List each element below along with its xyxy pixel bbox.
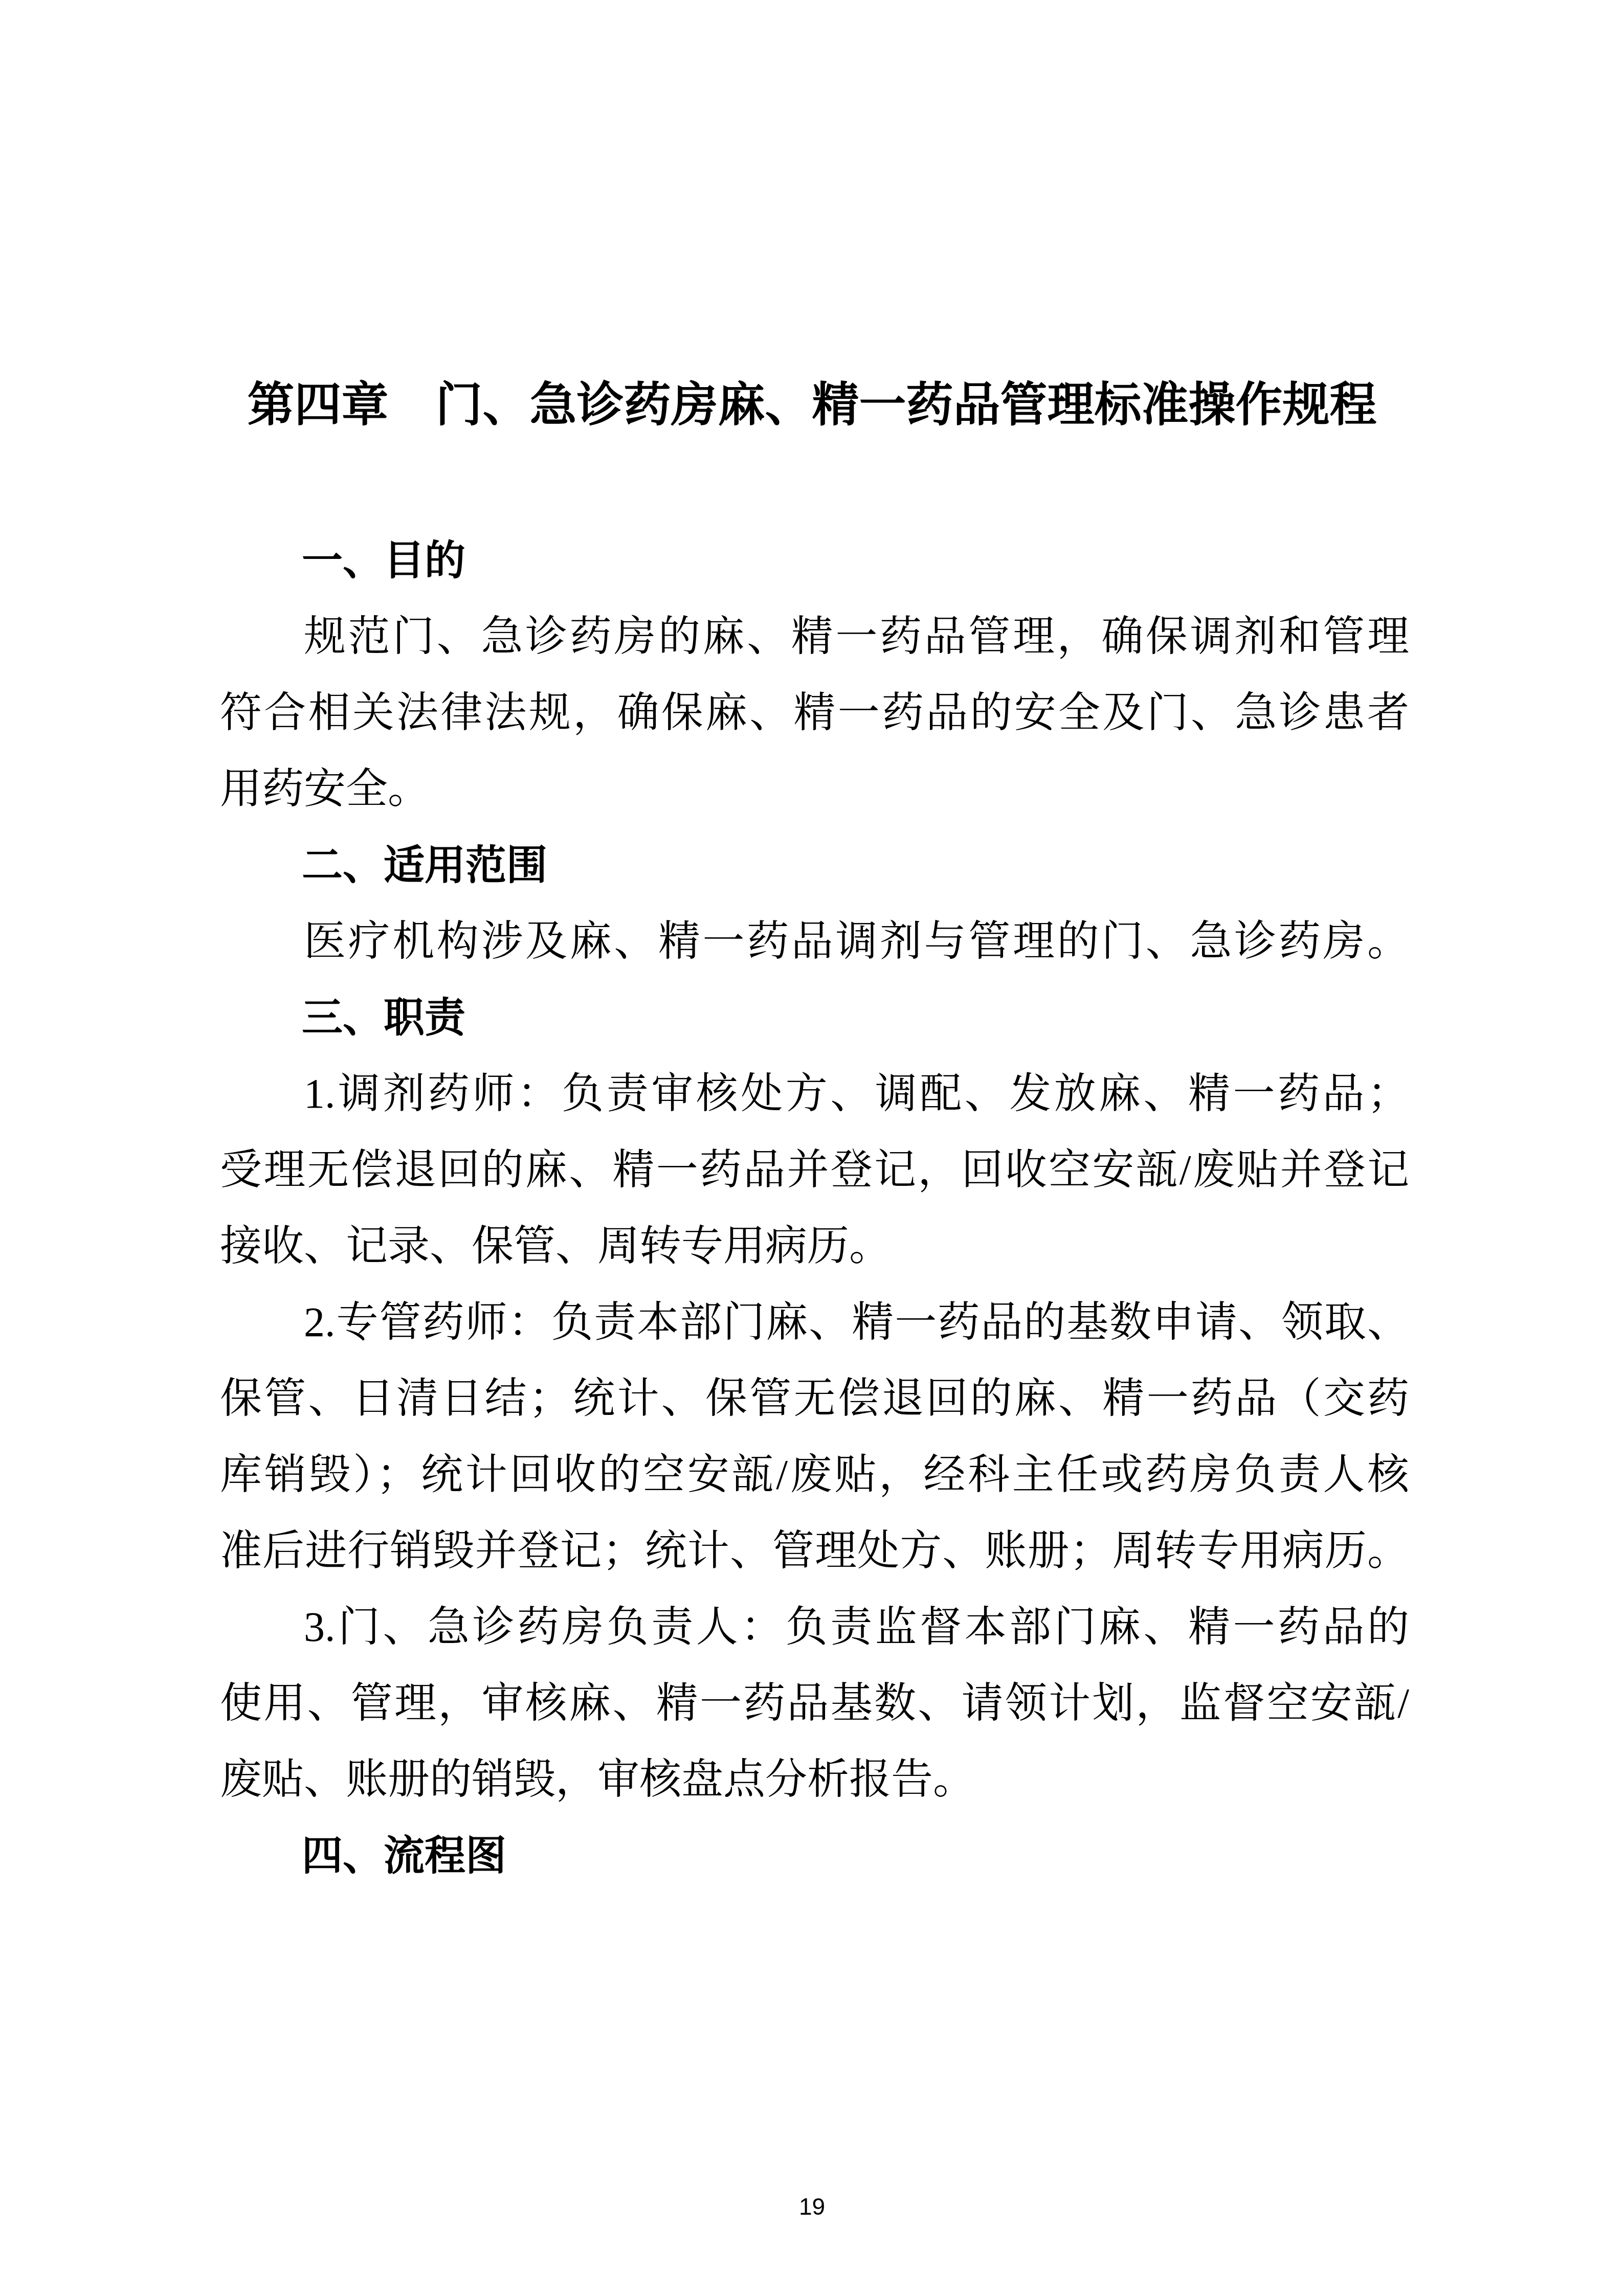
body-line: 接收、记录、保管、周转专用病历。 — [220, 1208, 1409, 1284]
body-line: 1.调剂药师：负责审核处方、调配、发放麻、精一药品； — [220, 1055, 1409, 1132]
body-line: 医疗机构涉及麻、精一药品调剂与管理的门、急诊药房。 — [220, 903, 1409, 979]
section-heading-purpose: 一、目的 — [220, 522, 1409, 598]
section-heading-scope: 二、适用范围 — [220, 827, 1409, 903]
body-line: 2.专管药师：负责本部门麻、精一药品的基数申请、领取、 — [220, 1284, 1409, 1360]
body-line: 符合相关法律法规，确保麻、精一药品的安全及门、急诊患者 — [220, 674, 1409, 751]
body-line: 3.门、急诊药房负责人：负责监督本部门麻、精一药品的 — [220, 1589, 1409, 1665]
body-line: 保管、日清日结；统计、保管无偿退回的麻、精一药品（交药 — [220, 1360, 1409, 1436]
body-line: 受理无偿退回的麻、精一药品并登记，回收空安瓿/废贴并登记 — [220, 1132, 1409, 1208]
body-line: 准后进行销毁并登记；统计、管理处方、账册；周转专用病历。 — [220, 1513, 1409, 1589]
chapter-title: 第四章 门、急诊药房麻、精一药品管理标准操作规程 — [0, 379, 1624, 431]
document-body: 一、目的 规范门、急诊药房的麻、精一药品管理，确保调剂和管理 符合相关法律法规，… — [220, 522, 1409, 1894]
body-line: 规范门、急诊药房的麻、精一药品管理，确保调剂和管理 — [220, 598, 1409, 674]
page-number: 19 — [0, 2190, 1624, 2223]
document-page: 第四章 门、急诊药房麻、精一药品管理标准操作规程 一、目的 规范门、急诊药房的麻… — [0, 0, 1624, 2296]
section-heading-flowchart: 四、流程图 — [220, 1817, 1409, 1894]
section-heading-responsibilities: 三、职责 — [220, 979, 1409, 1055]
body-line: 使用、管理，审核麻、精一药品基数、请领计划，监督空安瓿/ — [220, 1665, 1409, 1741]
body-line: 用药安全。 — [220, 751, 1409, 827]
body-line: 废贴、账册的销毁，审核盘点分析报告。 — [220, 1741, 1409, 1817]
body-line: 库销毁）；统计回收的空安瓿/废贴，经科主任或药房负责人核 — [220, 1436, 1409, 1513]
